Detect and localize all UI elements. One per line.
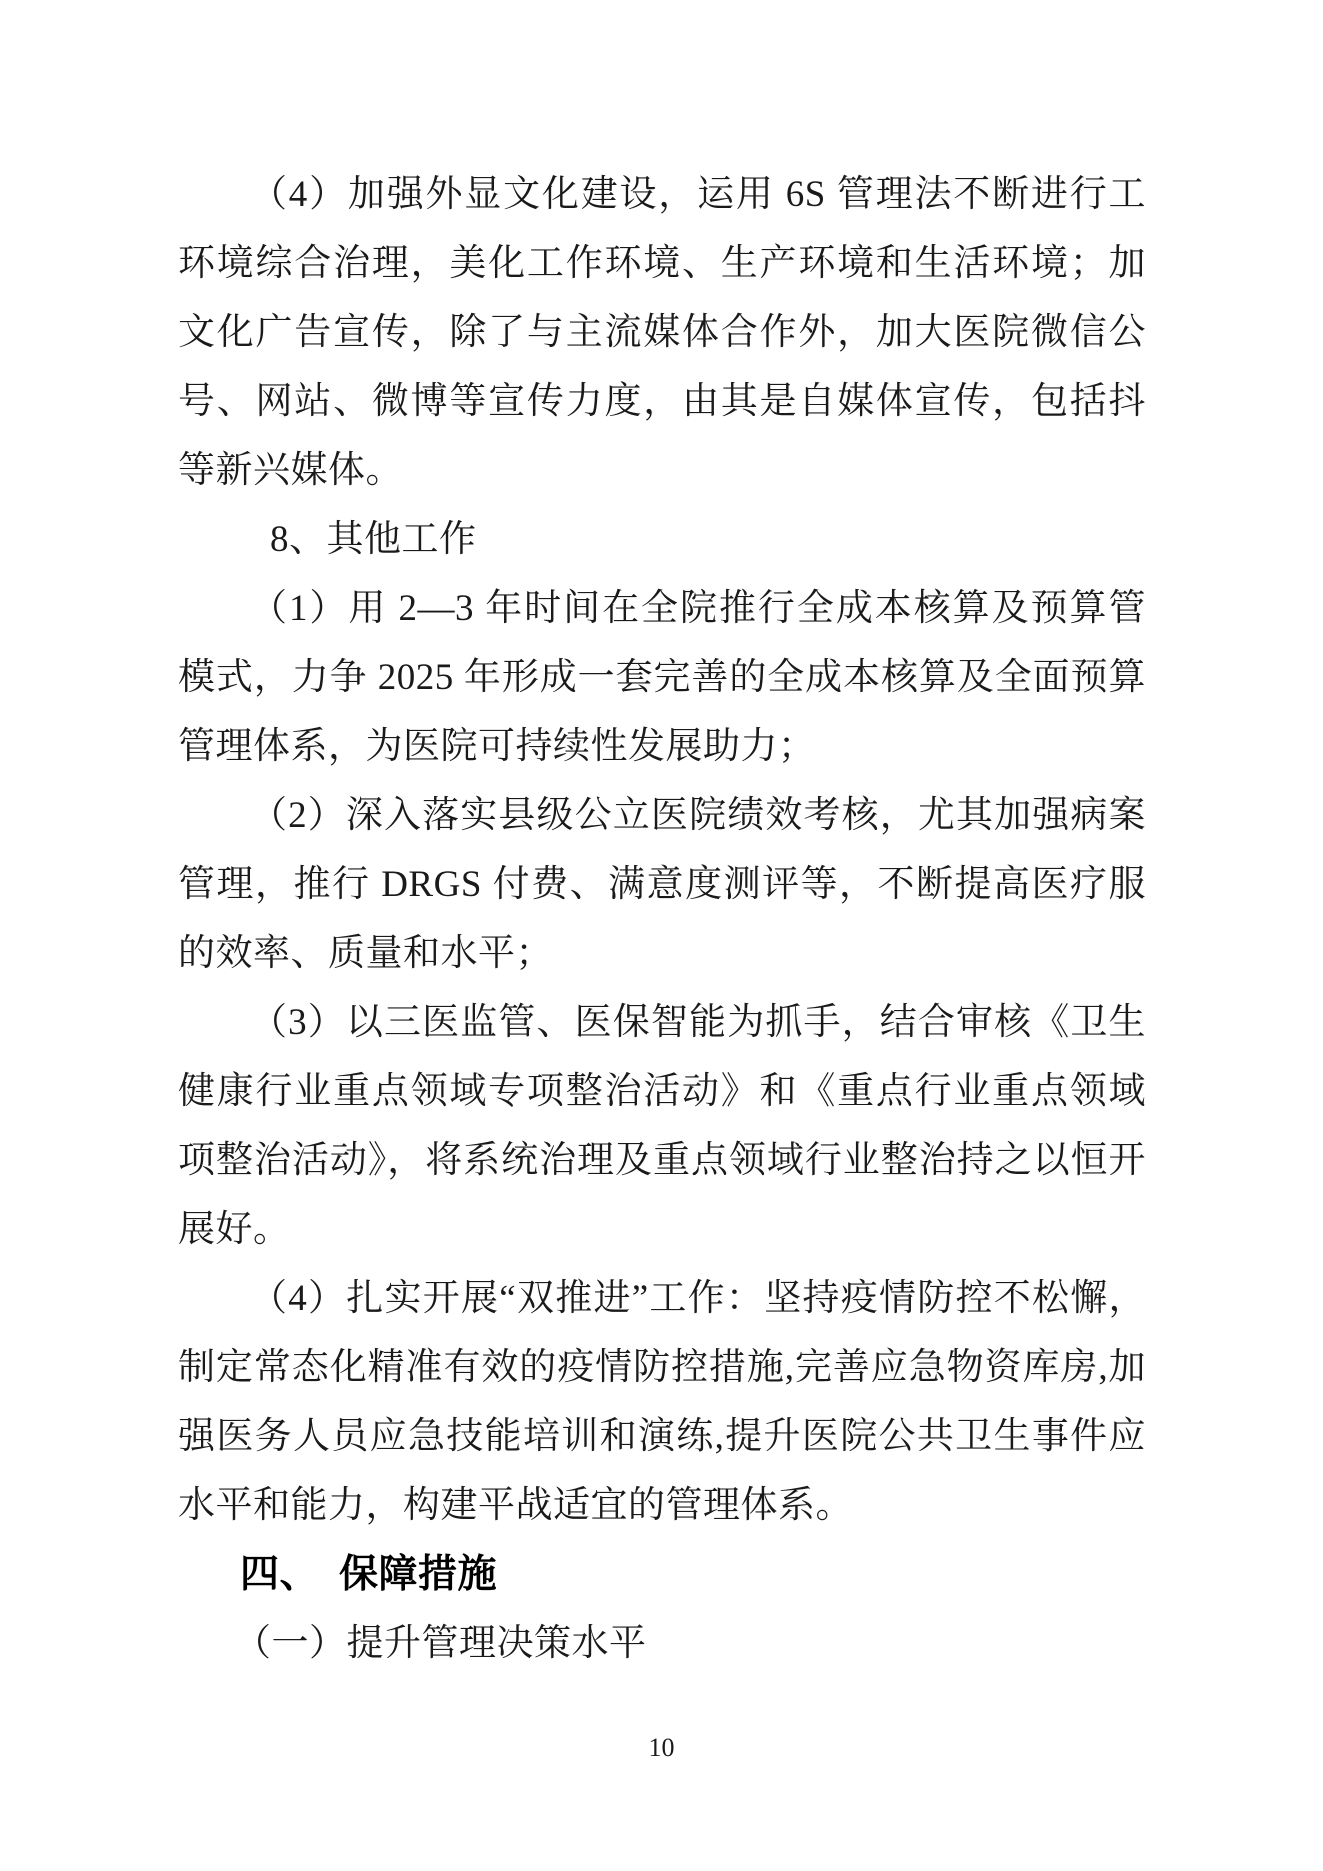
text-line: 水平和能力，构建平战适宜的管理体系。 bbox=[178, 1471, 1146, 1540]
para-8-other-work: 8、其他工作 bbox=[178, 505, 1146, 574]
text-line: 管理体系，为医院可持续性发展助力； bbox=[178, 712, 1146, 781]
text-line: （2）深入落实县级公立医院绩效考核，尤其加强病案 bbox=[178, 781, 1146, 850]
text-line: 四、 保障措施 bbox=[178, 1540, 1146, 1609]
document-body: （4）加强外显文化建设，运用 6S 管理法不断进行工作环境综合治理，美化工作环境… bbox=[178, 160, 1146, 1678]
para-sub1-improve-management: （一）提升管理决策水平 bbox=[178, 1609, 1146, 1678]
text-line: （3）以三医监管、医保智能为抓手，结合审核《卫生 bbox=[178, 988, 1146, 1057]
page-number: 10 bbox=[0, 1728, 1323, 1768]
document-page: （4）加强外显文化建设，运用 6S 管理法不断进行工作环境综合治理，美化工作环境… bbox=[0, 0, 1323, 1871]
text-line: 模式，力争 2025 年形成一套完善的全成本核算及全面预算 bbox=[178, 643, 1146, 712]
text-line: 健康行业重点领域专项整治活动》和《重点行业重点领域专 bbox=[178, 1057, 1146, 1126]
text-line: 号、网站、微博等宣传力度，由其是自媒体宣传，包括抖音 bbox=[178, 367, 1146, 436]
text-line: 制定常态化精准有效的疫情防控措施,完善应急物资库房,加 bbox=[178, 1333, 1146, 1402]
text-line: （4）加强外显文化建设，运用 6S 管理法不断进行工作 bbox=[178, 160, 1146, 229]
text-line: 强医务人员应急技能培训和演练,提升医院公共卫生事件应对 bbox=[178, 1402, 1146, 1471]
text-line: 文化广告宣传，除了与主流媒体合作外，加大医院微信公众 bbox=[178, 298, 1146, 367]
heading-4-safeguard-measures: 四、 保障措施 bbox=[178, 1540, 1146, 1609]
text-line: （一）提升管理决策水平 bbox=[178, 1609, 1146, 1678]
para-item1-cost-accounting: （1）用 2—3 年时间在全院推行全成本核算及预算管理模式，力争 2025 年形… bbox=[178, 574, 1146, 781]
para-item4-culture-building: （4）加强外显文化建设，运用 6S 管理法不断进行工作环境综合治理，美化工作环境… bbox=[178, 160, 1146, 505]
text-line: 等新兴媒体。 bbox=[178, 436, 1146, 505]
text-line: （4）扎实开展“双推进”工作：坚持疫情防控不松懈， bbox=[178, 1264, 1146, 1333]
para-item3-supervision: （3）以三医监管、医保智能为抓手，结合审核《卫生健康行业重点领域专项整治活动》和… bbox=[178, 988, 1146, 1264]
para-item4-dual-promotion: （4）扎实开展“双推进”工作：坚持疫情防控不松懈，制定常态化精准有效的疫情防控措… bbox=[178, 1264, 1146, 1540]
text-line: 展好。 bbox=[178, 1195, 1146, 1264]
text-line: （1）用 2—3 年时间在全院推行全成本核算及预算管理 bbox=[178, 574, 1146, 643]
text-line: 管理，推行 DRGS 付费、满意度测评等，不断提高医疗服务 bbox=[178, 850, 1146, 919]
text-line: 8、其他工作 bbox=[178, 505, 1146, 574]
para-item2-performance-assessment: （2）深入落实县级公立医院绩效考核，尤其加强病案管理，推行 DRGS 付费、满意… bbox=[178, 781, 1146, 988]
text-line: 环境综合治理，美化工作环境、生产环境和生活环境；加强 bbox=[178, 229, 1146, 298]
text-line: 的效率、质量和水平； bbox=[178, 919, 1146, 988]
text-line: 项整治活动》，将系统治理及重点领域行业整治持之以恒开 bbox=[178, 1126, 1146, 1195]
